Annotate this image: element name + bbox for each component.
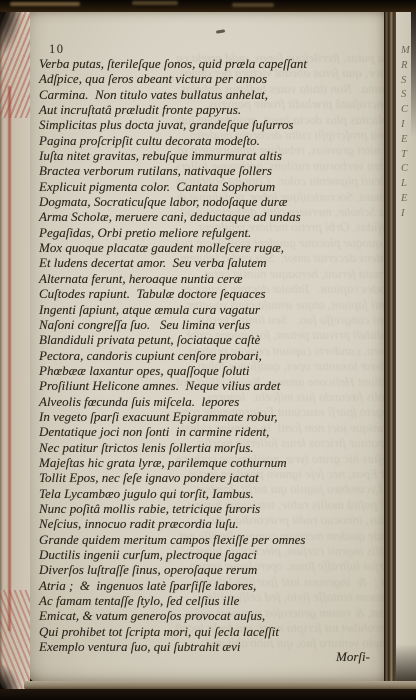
verse-line: Pectora, candoris cupiunt cenſore probar… <box>39 348 375 363</box>
verse-line: Proſiliunt Helicone amnes. Neque vilius … <box>39 378 375 393</box>
verse-line: Pagina proſcripſit cultu decorata modeſt… <box>39 133 375 148</box>
cover-streak <box>10 2 80 6</box>
corner-shadow-top-left <box>0 6 24 58</box>
verse-line: Verba putas, ſterileſque ſonos, quid præ… <box>39 56 375 71</box>
verse-line: Iuſta nitet gravitas, rebuſque immurmura… <box>39 148 375 163</box>
corner-shadow-bottom-left <box>0 662 22 690</box>
verse-line: Alveolis fœcunda ſuis miſcela. lepores <box>39 394 375 409</box>
verse-line: Explicuit pigmenta color. Cantata Sophor… <box>39 179 375 194</box>
facing-page-sliver: M R S S C I E T C L E I <box>395 8 416 686</box>
verse-block: Verba putas, ſterileſque ſonos, quid præ… <box>39 56 375 654</box>
page-gutter-shadow <box>384 0 396 690</box>
facing-page-top-shadow <box>411 8 416 138</box>
verse-line: Majeſtas hic grata lyræ, parilemque coth… <box>39 455 375 470</box>
book-cover-top-edge <box>0 0 416 12</box>
verse-line: Mox quoque placatæ gaudent molleſcere ru… <box>39 240 375 255</box>
book-cover-bottom-edge <box>0 689 416 700</box>
verse-line: Dogmata, Socraticuſque labor, nodoſaque … <box>39 194 375 209</box>
verse-line: Et ludens decertat amor. Seu verba ſalut… <box>39 255 375 270</box>
verse-line: Carmina. Non titulo vates bullatus anhel… <box>39 87 375 102</box>
verse-line: Bractea verborum rutilans, nativaque ſol… <box>39 163 375 178</box>
verse-line: Tela Lycambæo jugulo qui torſit, Iambus. <box>39 486 375 501</box>
verse-line: Nunc poſitâ mollis rabie, tetricique fur… <box>39 501 375 516</box>
verse-line: Ductilis ingenii curſum, plectroque ſaga… <box>39 547 375 562</box>
verse-line: Aut incruſtatâ præludit fronte papyrus. <box>39 102 375 117</box>
page-number: 10 <box>49 42 65 57</box>
verse-line: Ingenti ſapiunt, atque æmula cura vagatu… <box>39 302 375 317</box>
verse-line: Alternata ferunt, heroaque nuntia ceræ <box>39 271 375 286</box>
verse-line: Arma Scholæ, meruere cani, deductaque ad… <box>39 209 375 224</box>
verse-line: Simplicitas plus docta juvat, grandeſque… <box>39 117 375 132</box>
verse-line: Naſoni congreſſa ſuo. Seu limina verſus <box>39 317 375 332</box>
page-fore-edges <box>0 6 30 690</box>
verse-line: Neſcius, innocuo radit præcordia luſu. <box>39 516 375 531</box>
cover-streak <box>132 1 178 5</box>
verse-line: Dentatique joci non ſonti in carmine rid… <box>39 424 375 439</box>
verse-line: Pegaſidas, Orbi pretio meliore refulgent… <box>39 225 375 240</box>
verse-line: Atria ; & ingenuos latè ſparſiſſe labore… <box>39 578 375 593</box>
facing-page-partial-letters: M R S S C I E T C L E I <box>401 44 410 222</box>
verse-line: Exemplo ventura ſuo, qui ſubtrahit ævi <box>39 639 375 654</box>
verse-line: Adſpice, qua ſeros abeant victura per an… <box>39 71 375 86</box>
verse-line: Emicat, & vatum generoſos provocat auſus… <box>39 608 375 623</box>
verse-line: Ac famam tentaſſe ſtylo, ſed celſius ill… <box>39 593 375 608</box>
verse-line: Grande quidem meritum campos flexiſſe pe… <box>39 532 375 547</box>
verse-line: Diverſos luſtraſſe ſinus, operoſaque rer… <box>39 562 375 577</box>
verse-line: Nec patitur ſtrictos lenis ſollertia mor… <box>39 440 375 455</box>
cover-streak <box>232 3 274 7</box>
verse-line: Tollit Epos, nec ſeſe ignavo pondere jac… <box>39 470 375 485</box>
verse-line: Blandiduli privata petunt, ſociataque ca… <box>39 332 375 347</box>
verse-line: Phœbææ laxantur opes, quaſſoque ſoluti <box>39 363 375 378</box>
fore-edge-red-line <box>8 86 11 631</box>
catchword: Morſi- <box>336 649 370 665</box>
verse-line: Qui prohibet tot ſcripta mori, qui ſecla… <box>39 624 375 639</box>
scanned-book-page-photo: Verba putas, ſterileſque ſonos, quid præ… <box>0 0 416 700</box>
verse-line: In vegeto ſparſi exacuunt Epigrammate ro… <box>39 409 375 424</box>
facing-page-bottom-shadow <box>395 644 416 686</box>
verse-line: Cuſtodes rapiunt. Tabulæ doctore ſequace… <box>39 286 375 301</box>
